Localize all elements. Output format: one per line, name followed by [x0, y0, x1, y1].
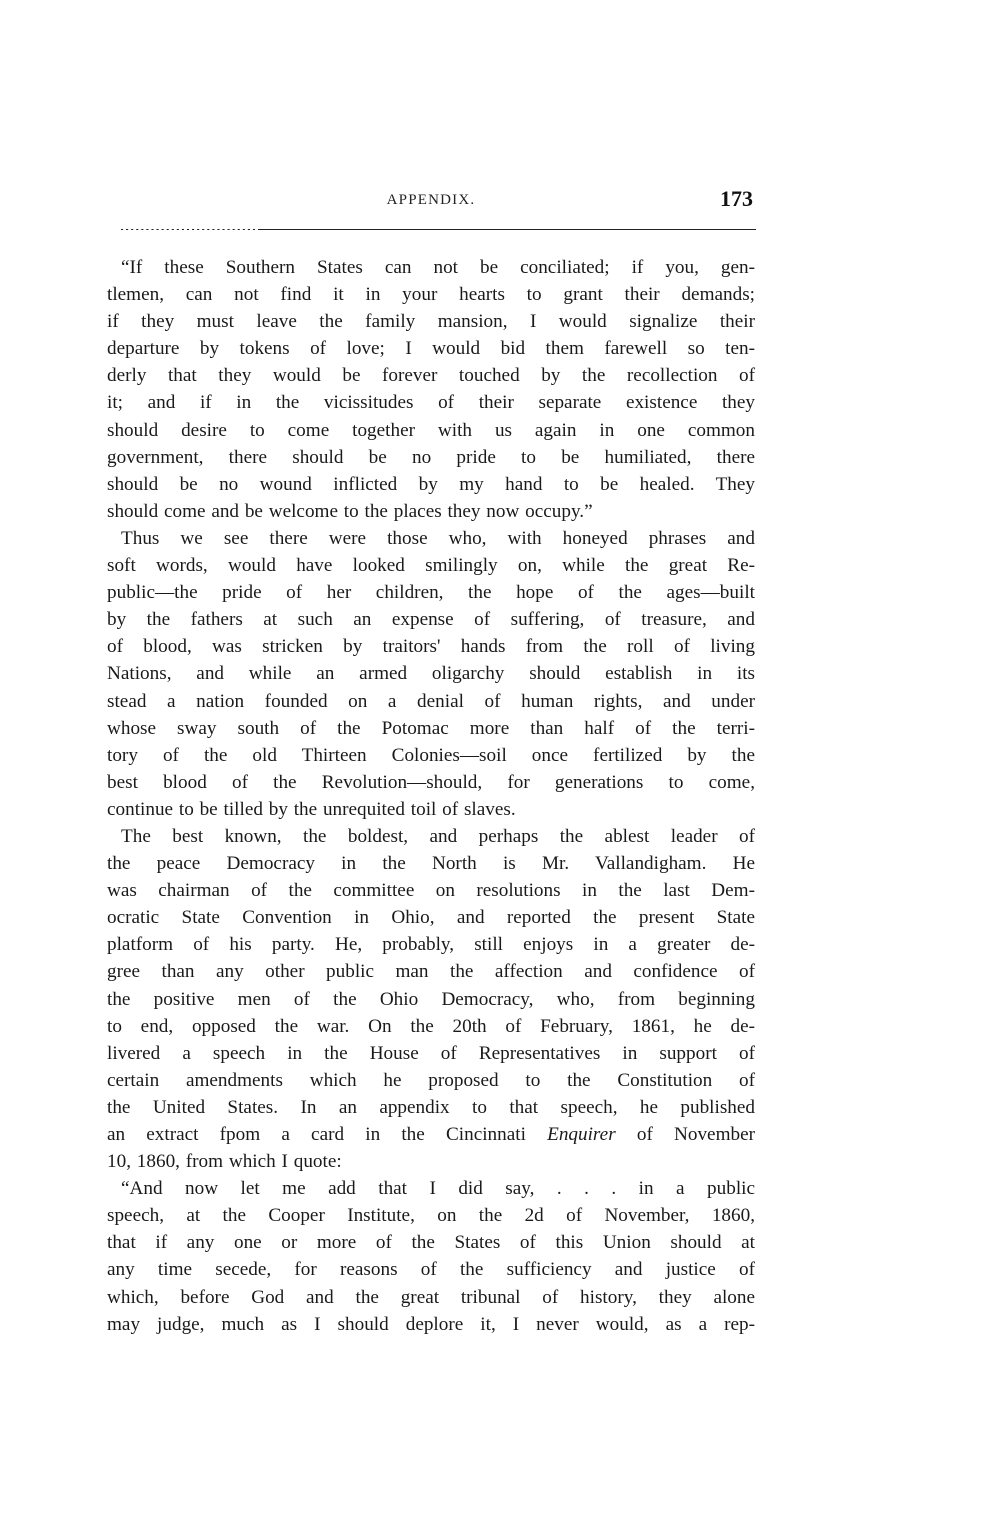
- text-line: livered a speech in the House of Represe…: [107, 1040, 755, 1067]
- text-segment: of November: [616, 1124, 755, 1145]
- text-line: continue to be tilled by the unrequited …: [107, 796, 755, 823]
- text-line: if they must leave the family mansion, I…: [107, 308, 755, 335]
- text-line: should be no wound inflicted by my hand …: [107, 471, 755, 498]
- text-line: speech, at the Cooper Institute, on the …: [107, 1202, 755, 1229]
- text-line: whose sway south of the Potomac more tha…: [107, 715, 755, 742]
- text-line: 10, 1860, from which I quote:: [107, 1148, 755, 1175]
- text-line: should come and be welcome to the places…: [107, 498, 755, 525]
- text-line: that if any one or more of the States of…: [107, 1229, 755, 1256]
- text-line: The best known, the boldest, and perhaps…: [107, 823, 755, 850]
- text-line: of blood, was stricken by traitors' hand…: [107, 633, 755, 660]
- text-line: was chairman of the committee on resolut…: [107, 877, 755, 904]
- text-line: “And now let me add that I did say, . . …: [107, 1175, 755, 1202]
- text-line: it; and if in the vicissitudes of their …: [107, 389, 755, 416]
- book-page: APPENDIX. 173 “If these Southern States …: [0, 0, 1000, 1517]
- text-line: tory of the old Thirteen Colonies—soil o…: [107, 742, 755, 769]
- text-segment: an extract fpom a card in the Cincinnati: [107, 1124, 547, 1145]
- text-line: derly that they would be forever touched…: [107, 362, 755, 389]
- text-line: the United States. In an appendix to tha…: [107, 1094, 755, 1121]
- quotation-paragraph: “And now let me add that I did say, . . …: [107, 1175, 755, 1338]
- header-rule-worn-segment: [118, 229, 258, 230]
- quotation-paragraph: “If these Southern States can not be con…: [107, 254, 755, 525]
- text-line: tlemen, can not find it in your hearts t…: [107, 281, 755, 308]
- text-line: any time secede, for reasons of the suff…: [107, 1256, 755, 1283]
- running-title: APPENDIX.: [107, 192, 755, 209]
- text-line: departure by tokens of love; I would bid…: [107, 335, 755, 362]
- body-paragraph: Thus we see there were those who, with h…: [107, 525, 755, 823]
- text-line: gree than any other public man the affec…: [107, 958, 755, 985]
- text-line: “If these Southern States can not be con…: [107, 254, 755, 281]
- page-number: 173: [720, 186, 753, 212]
- text-line: should desire to come together with us a…: [107, 417, 755, 444]
- running-head: APPENDIX. 173: [107, 186, 755, 218]
- text-line: platform of his party. He, probably, sti…: [107, 931, 755, 958]
- text-line: stead a nation founded on a denial of hu…: [107, 688, 755, 715]
- newspaper-title: Enquirer: [547, 1124, 616, 1145]
- text-line: may judge, much as I should deplore it, …: [107, 1311, 755, 1338]
- text-line-with-italic: an extract fpom a card in the Cincinnati…: [107, 1121, 755, 1148]
- text-line: to end, opposed the war. On the 20th of …: [107, 1013, 755, 1040]
- text-line: best blood of the Revolution—should, for…: [107, 769, 755, 796]
- text-line: which, before God and the great tribunal…: [107, 1284, 755, 1311]
- text-line: Thus we see there were those who, with h…: [107, 525, 755, 552]
- body-text: “If these Southern States can not be con…: [107, 254, 755, 1338]
- text-line: public—the pride of her children, the ho…: [107, 579, 755, 606]
- text-line: government, there should be no pride to …: [107, 444, 755, 471]
- text-line: by the fathers at such an expense of suf…: [107, 606, 755, 633]
- text-line: the positive men of the Ohio Democracy, …: [107, 986, 755, 1013]
- text-line: the peace Democracy in the North is Mr. …: [107, 850, 755, 877]
- text-line: ocratic State Convention in Ohio, and re…: [107, 904, 755, 931]
- text-line: certain amendments which he proposed to …: [107, 1067, 755, 1094]
- text-line: Nations, and while an armed oligarchy sh…: [107, 660, 755, 687]
- text-line: soft words, would have looked smilingly …: [107, 552, 755, 579]
- body-paragraph: The best known, the boldest, and perhaps…: [107, 823, 755, 1175]
